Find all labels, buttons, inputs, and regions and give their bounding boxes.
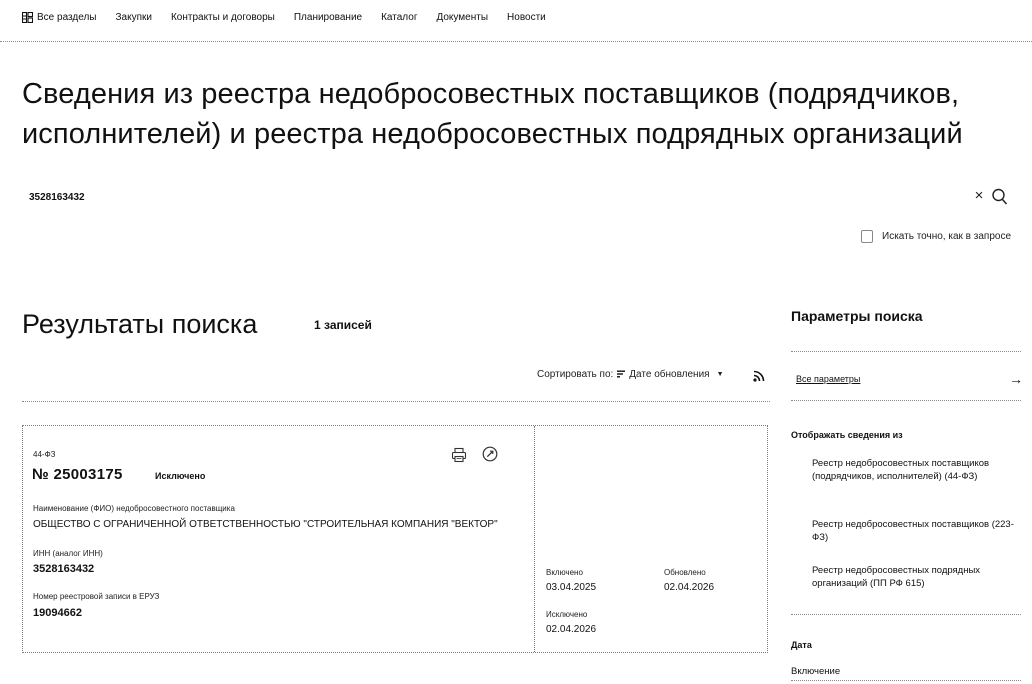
record-number[interactable]: № 25003175	[32, 466, 123, 483]
chevron-down-icon[interactable]: ▼	[717, 371, 724, 378]
top-navigation: Все разделы Закупки Контракты и договоры…	[0, 0, 1032, 42]
exact-match-checkbox[interactable]	[861, 230, 873, 243]
exact-match-option[interactable]: Искать точно, как в запросе	[861, 230, 1011, 243]
date-section-label: Дата	[791, 640, 812, 650]
supplier-label: Наименование (ФИО) недобросовестного пос…	[33, 504, 235, 513]
print-icon[interactable]	[451, 447, 467, 463]
inn-value: 3528163432	[33, 563, 94, 575]
registry-option-223fz[interactable]: Реестр недобросовестных поставщиков (223…	[812, 518, 1022, 544]
nav-item-documents[interactable]: Документы	[436, 12, 488, 23]
nav-item-purchases[interactable]: Закупки	[115, 12, 151, 23]
card-divider	[534, 426, 535, 652]
nav-list: Все разделы Закупки Контракты и договоры…	[22, 12, 565, 23]
search-icon	[991, 187, 1009, 207]
all-params-link[interactable]: Все параметры	[796, 374, 860, 384]
eruz-value: 19094662	[33, 607, 82, 619]
result-card: 44-ФЗ № 25003175 Исключено Наименование …	[22, 425, 768, 653]
sidebar-divider	[791, 614, 1021, 615]
sidebar-divider	[791, 400, 1021, 401]
record-law: 44-ФЗ	[33, 450, 55, 459]
supplier-name-link[interactable]: ОБЩЕСТВО С ОГРАНИЧЕННОЙ ОТВЕТСТВЕННОСТЬЮ…	[33, 519, 498, 530]
nav-all-sections-label: Все разделы	[37, 12, 96, 23]
sidebar-divider	[791, 680, 1021, 681]
sort-control: Сортировать по: Дате обновления ▼	[537, 369, 724, 380]
page-title: Сведения из реестра недобросовестных пос…	[22, 74, 1012, 154]
excluded-date: 02.04.2026	[546, 624, 596, 635]
results-count: 1 записей	[314, 318, 372, 332]
show-from-label: Отображать сведения из	[791, 430, 903, 440]
search-button[interactable]	[991, 187, 1011, 207]
updated-date: 02.04.2026	[664, 582, 714, 593]
sections-grid-icon	[22, 12, 33, 23]
excluded-label: Исключено	[546, 610, 587, 619]
sidebar-title: Параметры поиска	[791, 308, 923, 324]
nav-all-sections[interactable]: Все разделы	[22, 12, 96, 23]
results-divider	[22, 401, 770, 402]
included-label: Включено	[546, 568, 583, 577]
inn-label: ИНН (аналог ИНН)	[33, 549, 103, 558]
results-title: Результаты поиска	[22, 307, 257, 341]
included-date: 03.04.2025	[546, 582, 596, 593]
rss-icon[interactable]	[753, 369, 765, 381]
sidebar-divider	[791, 351, 1021, 352]
record-status: Исключено	[155, 471, 205, 481]
registry-option-pp615[interactable]: Реестр недобросовестных подрядных органи…	[812, 564, 1022, 590]
supplier-name: ОБЩЕСТВО С ОГРАНИЧЕННОЙ ОТВЕТСТВЕННОСТЬЮ…	[33, 519, 498, 530]
registry-option-44fz[interactable]: Реестр недобросовестных поставщиков (под…	[812, 457, 1022, 483]
nav-item-news[interactable]: Новости	[507, 12, 546, 23]
search-bar: ×	[22, 186, 1022, 208]
nav-item-contracts[interactable]: Контракты и договоры	[171, 12, 275, 23]
updated-label: Обновлено	[664, 568, 706, 577]
sort-label: Сортировать по:	[537, 369, 613, 380]
search-input[interactable]	[22, 186, 942, 208]
nav-item-catalog[interactable]: Каталог	[381, 12, 417, 23]
arrow-right-icon[interactable]: →	[1009, 371, 1023, 387]
eruz-label: Номер реестровой записи в ЕРУЗ	[33, 592, 159, 601]
clear-search-button[interactable]: ×	[971, 187, 987, 205]
sort-descending-icon	[617, 370, 625, 380]
exact-match-label: Искать точно, как в запросе	[882, 231, 1011, 242]
nav-item-planning[interactable]: Планирование	[294, 12, 362, 23]
open-link-icon[interactable]	[482, 446, 498, 462]
date-inclusion-filter[interactable]: Включение	[791, 666, 840, 677]
sort-select[interactable]: Дате обновления	[629, 369, 709, 380]
